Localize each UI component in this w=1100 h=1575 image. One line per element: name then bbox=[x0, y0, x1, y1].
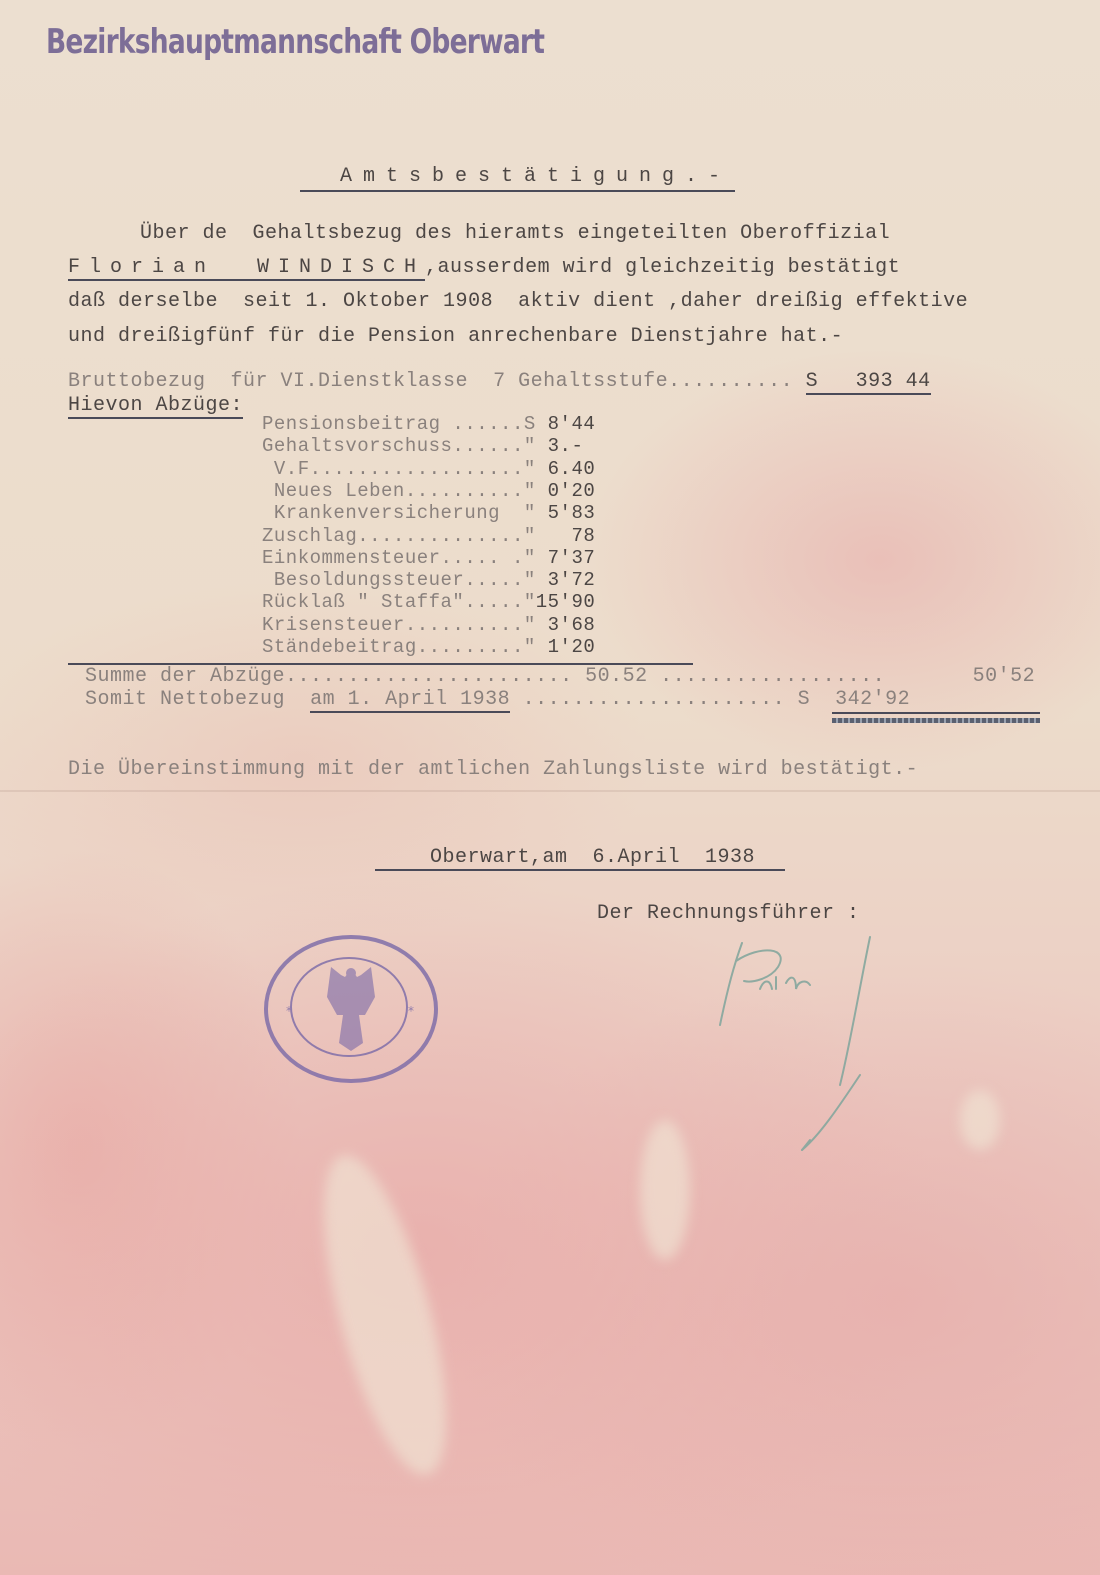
deduction-row: Gehaltsvorschuss......" 3.- bbox=[262, 435, 583, 457]
deduction-row: Einkommensteuer..... ." 7'37 bbox=[262, 547, 595, 569]
sum-subtotal: 50.52 bbox=[585, 665, 648, 688]
deduction-label: V.F.................." bbox=[262, 458, 536, 480]
deduction-row: Ständebeitrag........." 1'20 bbox=[262, 636, 595, 658]
sum-row: Summe der Abzüge....................... … bbox=[85, 665, 1035, 688]
deduction-label: Besoldungssteuer....." bbox=[262, 569, 536, 591]
intro-line-4: und dreißigfünf für die Pension anrechen… bbox=[68, 325, 843, 348]
intro-line-3: daß derselbe seit 1. Oktober 1908 aktiv … bbox=[68, 290, 968, 313]
deduction-amount: 3'72 bbox=[536, 569, 596, 591]
official-seal: * * bbox=[264, 935, 438, 1083]
deduction-amount: 15'90 bbox=[536, 591, 596, 613]
deduction-amount: 0'20 bbox=[536, 480, 596, 502]
deduction-row: V.F.................." 6.40 bbox=[262, 458, 595, 480]
deduction-label: Krankenversicherung " bbox=[262, 502, 536, 524]
deductions-heading: Hievon Abzüge: bbox=[68, 394, 243, 419]
deduction-row: Besoldungssteuer....." 3'72 bbox=[262, 569, 595, 591]
handwritten-signature bbox=[690, 925, 910, 1165]
place-date: Oberwart,am 6.April 1938 bbox=[375, 846, 785, 871]
paper-stain bbox=[960, 1090, 1000, 1150]
deduction-row: Rücklaß " Staffa"....."15'90 bbox=[262, 591, 595, 613]
gross-salary-row: Bruttobezug für VI.Dienstklasse 7 Gehalt… bbox=[68, 370, 931, 393]
svg-text:*: * bbox=[408, 1004, 414, 1018]
deduction-label: Neues Leben.........." bbox=[262, 480, 536, 502]
deduction-label: Rücklaß " Staffa"....." bbox=[262, 591, 536, 613]
confirmation-text: Die Übereinstimmung mit der amtlichen Za… bbox=[68, 758, 918, 781]
paper-stain bbox=[299, 1144, 471, 1486]
deduction-row: Neues Leben.........." 0'20 bbox=[262, 480, 595, 502]
net-row: Somit Nettobezug am 1. April 1938 ......… bbox=[85, 688, 910, 711]
deduction-amount: 3.- bbox=[536, 435, 584, 457]
deduction-label: Gehaltsvorschuss......" bbox=[262, 435, 536, 457]
net-date: am 1. April 1938 bbox=[310, 688, 510, 713]
signatory-label: Der Rechnungsführer : bbox=[597, 902, 860, 925]
deduction-row: Krankenversicherung " 5'83 bbox=[262, 502, 595, 524]
sum-dots: .................. bbox=[648, 665, 886, 688]
deduction-row: Zuschlag.............." 78 bbox=[262, 525, 595, 547]
deduction-row: Krisensteuer.........." 3'68 bbox=[262, 614, 595, 636]
deduction-amount: 1'20 bbox=[536, 636, 596, 658]
deduction-amount: 6.40 bbox=[536, 458, 596, 480]
deduction-row: Pensionsbeitrag ......S 8'44 bbox=[262, 413, 595, 435]
intro-line-2: Florian WINDISCH,ausserdem wird gleichze… bbox=[68, 256, 900, 279]
gross-label: Bruttobezug für VI.Dienstklasse 7 Gehalt… bbox=[68, 370, 793, 393]
deduction-label: Einkommensteuer..... ." bbox=[262, 547, 536, 569]
deduction-label: Krisensteuer.........." bbox=[262, 614, 536, 636]
sum-amount: 50'52 bbox=[973, 665, 1036, 688]
deduction-label: Pensionsbeitrag ......S bbox=[262, 413, 536, 435]
intro-line-1: Über de Gehaltsbezug des hieramts einget… bbox=[140, 222, 890, 245]
letterhead-stamp: Bezirkshauptmannschaft Oberwart bbox=[46, 22, 544, 62]
deduction-amount: 5'83 bbox=[536, 502, 596, 524]
paper-fold bbox=[0, 790, 1100, 792]
deduction-label: Ständebeitrag........." bbox=[262, 636, 536, 658]
deduction-amount: 3'68 bbox=[536, 614, 596, 636]
gross-amount: S 393 44 bbox=[806, 370, 931, 395]
deduction-label: Zuschlag.............." bbox=[262, 525, 536, 547]
deduction-amount: 78 bbox=[536, 525, 596, 547]
paper-stain bbox=[640, 1120, 690, 1260]
document-title: Amtsbestätigung.- bbox=[300, 165, 735, 192]
svg-text:*: * bbox=[286, 1004, 292, 1018]
net-underline bbox=[832, 712, 1040, 714]
deduction-amount: 8'44 bbox=[536, 413, 596, 435]
net-amount: S 342'92 bbox=[798, 688, 911, 711]
net-dots: ..................... bbox=[510, 688, 785, 711]
employee-name: Florian WINDISCH bbox=[68, 256, 425, 281]
deduction-amount: 7'37 bbox=[536, 547, 596, 569]
eagle-icon: * * bbox=[268, 939, 434, 1079]
net-double-underline bbox=[832, 718, 1040, 723]
intro-line-2-rest: ,ausserdem wird gleichzeitig bestätigt bbox=[425, 256, 900, 279]
sum-label: Summe der Abzüge....................... bbox=[85, 665, 573, 688]
net-label: Somit Nettobezug bbox=[85, 688, 298, 711]
